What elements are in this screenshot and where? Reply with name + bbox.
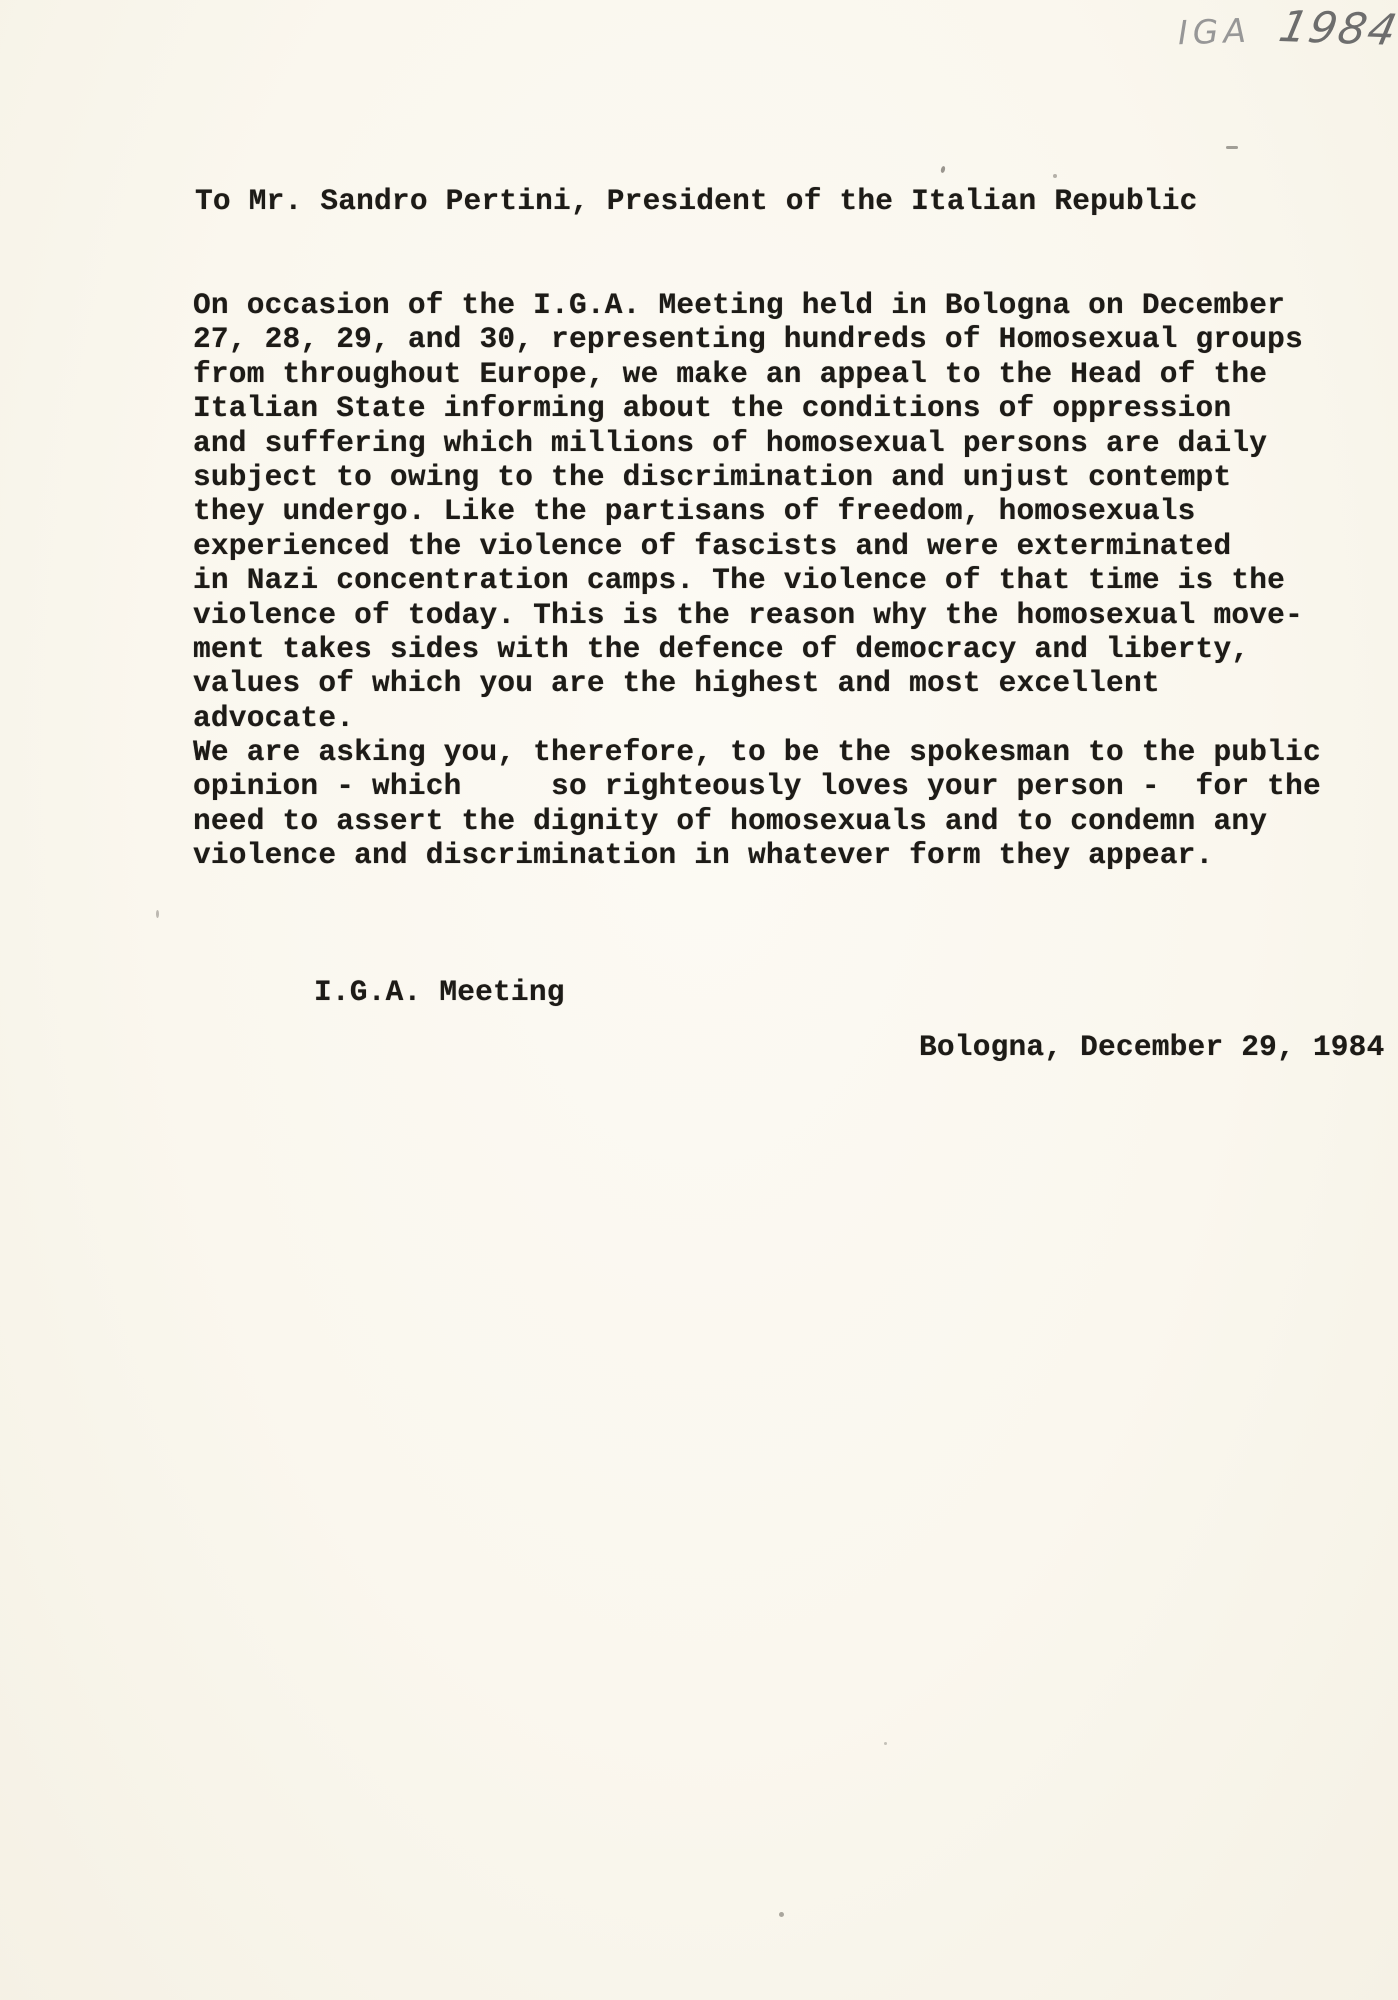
body-line: 27, 28, 29, and 30, representing hundred… [193, 322, 1321, 356]
scan-artifact [156, 910, 159, 918]
body-line: values of which you are the highest and … [193, 666, 1321, 700]
body-line: subject to owing to the discrimination a… [193, 460, 1321, 494]
letter-body: On occasion of the I.G.A. Meeting held i… [193, 288, 1321, 873]
handwritten-year-label: 1984 [1275, 2, 1398, 56]
body-line: violence and discrimination in whatever … [193, 838, 1321, 872]
scan-artifact [884, 1742, 887, 1745]
body-line: they undergo. Like the partisans of free… [193, 494, 1321, 528]
body-line: experienced the violence of fascists and… [193, 529, 1321, 563]
signature-line: I.G.A. Meeting [314, 975, 565, 1009]
scan-artifact [779, 1912, 784, 1917]
dateline: Bologna, December 29, 1984 [919, 1030, 1384, 1064]
body-line: opinion - which so righteously loves you… [193, 769, 1321, 803]
body-line: We are asking you, therefore, to be the … [193, 735, 1321, 769]
scan-artifact [1226, 146, 1238, 149]
body-line: advocate. [193, 701, 1321, 735]
handwritten-annotation: IGA 1984 [1178, 4, 1397, 54]
body-line: violence of today. This is the reason wh… [193, 598, 1321, 632]
body-line: from throughout Europe, we make an appea… [193, 357, 1321, 391]
body-line: ment takes sides with the defence of dem… [193, 632, 1321, 666]
scan-artifact [940, 166, 946, 174]
body-line: Italian State informing about the condit… [193, 391, 1321, 425]
body-line: in Nazi concentration camps. The violenc… [193, 563, 1321, 597]
salutation-line: To Mr. Sandro Pertini, President of the … [195, 184, 1198, 218]
body-line: need to assert the dignity of homosexual… [193, 804, 1321, 838]
scanned-letter-page: IGA 1984 To Mr. Sandro Pertini, Presiden… [0, 0, 1398, 2000]
scan-artifact [1053, 174, 1057, 178]
handwritten-iga-label: IGA [1177, 11, 1251, 53]
body-line: On occasion of the I.G.A. Meeting held i… [193, 288, 1321, 322]
body-line: and suffering which millions of homosexu… [193, 426, 1321, 460]
